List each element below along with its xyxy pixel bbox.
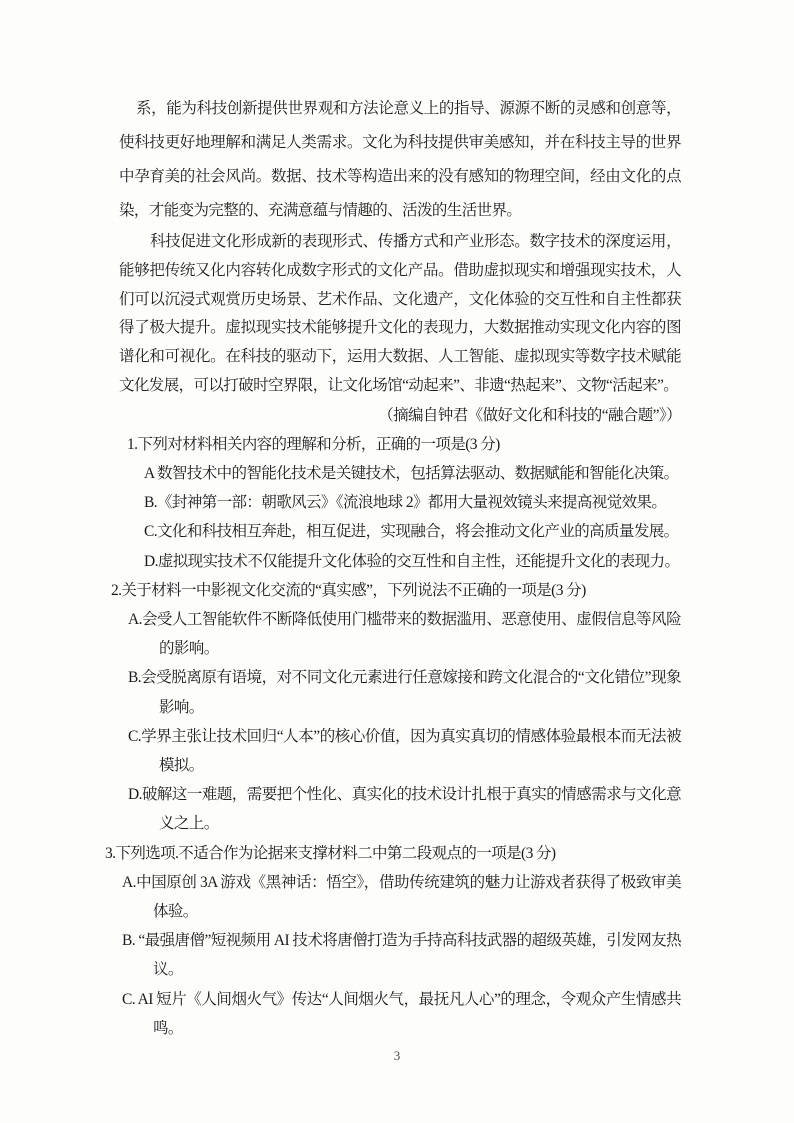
question-1-option-b: B.《封神第一部：朝歌风云》《流浪地球 2》都用大量视效镜头来提高视觉效果。 [144,488,681,517]
question-1: 1.下列对材料相关内容的理解和分析，正确的一项是(3 分) A 数智技术中的智能… [127,430,681,576]
material-paragraph-2: 科技促进文化形成新的表现形式、传播方式和产业形态。数字技术的深度运用，能够把传统… [119,228,681,401]
question-1-option-a: A 数智技术中的智能化技术是关键技术，包括算法驱动、数据赋能和智能化决策。 [144,459,681,488]
question-2: 2.关于材料一中影视文化交流的“真实感”，下列说法不正确的一项是(3 分) A.… [111,576,681,839]
question-2-option-b: B.会受脱离原有语境，对不同文化元素进行任意嫁接和跨文化混合的“文化错位”现象影… [128,663,681,721]
question-1-stem: 1.下列对材料相关内容的理解和分析，正确的一项是(3 分) [127,430,681,459]
question-3-option-b: B. “最强唐僧”短视频用 AI 技术将唐僧打造为手持高科技武器的超级英雄，引发… [122,926,681,984]
material-paragraph-continuation: 系，能为科技创新提供世界观和方法论意义上的指导、源源不断的灵感和创意等，使科技更… [119,92,681,228]
question-1-option-c: C.文化和科技相互奔赴，相互促进，实现融合，将会推动文化产业的高质量发展。 [144,517,681,546]
question-3-option-c: C. AI 短片《人间烟火气》传达“人间烟火气，最抚凡人心”的理念，令观众产生情… [122,985,681,1043]
question-3-option-a: A.中国原创 3A 游戏《黑神话：悟空》，借助传统建筑的魅力让游戏者获得了极致审… [122,868,681,926]
question-2-option-d: D.破解这一难题，需要把个性化、真实化的技术设计扎根于真实的情感需求与文化意义之… [128,780,681,838]
page-content: 系，能为科技创新提供世界观和方法论意义上的指导、源源不断的灵感和创意等，使科技更… [119,92,681,1043]
question-2-stem: 2.关于材料一中影视文化交流的“真实感”，下列说法不正确的一项是(3 分) [111,576,681,605]
exam-page: 系，能为科技创新提供世界观和方法论意义上的指导、源源不断的灵感和创意等，使科技更… [0,0,794,1123]
page-number: 3 [0,1048,794,1064]
question-3: 3.下列选项.不适合作为论据来支撑材料二中第二段观点的一项是(3 分) A.中国… [105,839,681,1043]
question-1-option-d: D.虚拟现实技术不仅能提升文化体验的交互性和自主性，还能提升文化的表现力。 [144,547,681,576]
source-attribution: （摘编自钟君《做好文化和科技的“融合题”》） [119,401,681,430]
question-2-option-c: C.学界主张让技术回归“人本”的核心价值，因为真实真切的情感体验最根本而无法被模… [128,722,681,780]
question-2-option-a: A.会受人工智能软件不断降低使用门槛带来的数据滥用、恶意使用、虚假信息等风险的影… [128,605,681,663]
question-3-stem: 3.下列选项.不适合作为论据来支撑材料二中第二段观点的一项是(3 分) [105,839,681,868]
